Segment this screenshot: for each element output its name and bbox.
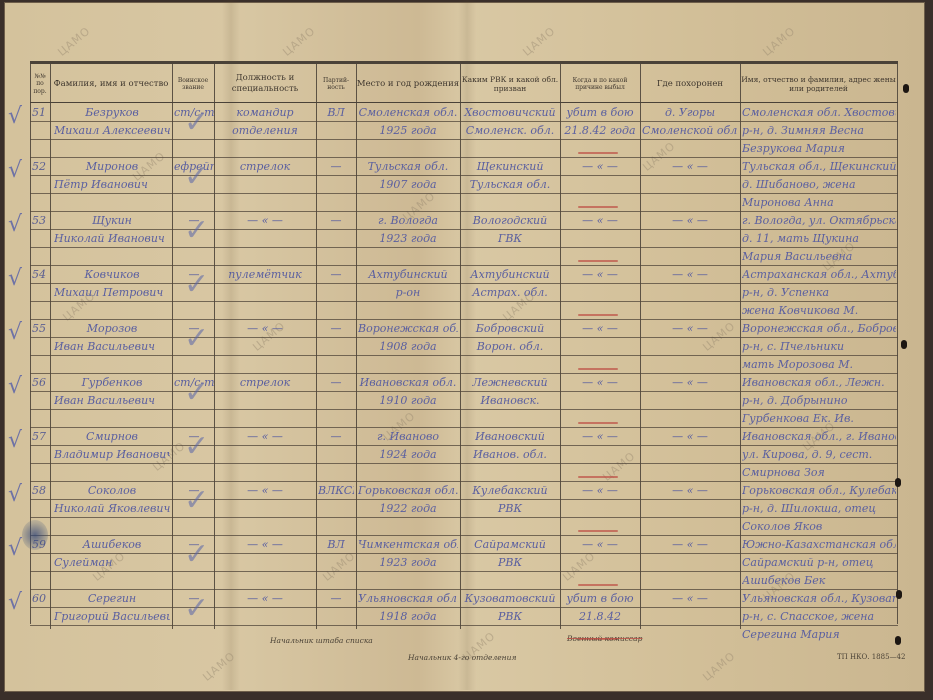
- party-2: [318, 284, 354, 301]
- surname: Соколов: [54, 482, 170, 499]
- record-number: 52: [32, 160, 46, 173]
- red-pen-mark: [578, 260, 618, 262]
- date: [562, 554, 638, 571]
- relatives-line1: Воронежская обл., Бобровский: [742, 320, 896, 337]
- header-name: Фамилия, имя и отчество: [50, 66, 172, 102]
- column-rule: [50, 64, 51, 629]
- position: — « —: [216, 536, 314, 553]
- record-number: 55: [32, 322, 46, 335]
- column-rule: [560, 64, 561, 629]
- check-mark-icon: √: [8, 106, 22, 128]
- record-number: 60: [32, 592, 46, 605]
- burial-place: — « —: [642, 428, 738, 445]
- specialty: [216, 500, 314, 517]
- red-pen-mark: [578, 314, 618, 316]
- draft-office: Кулебакский: [462, 482, 558, 499]
- check-mark-icon: √: [8, 322, 22, 344]
- column-rule: [740, 64, 741, 629]
- draft-office: Ивановский: [462, 428, 558, 445]
- record-number: 58: [32, 484, 46, 497]
- party-2: [318, 338, 354, 355]
- party-2: [318, 554, 354, 571]
- burial-place: — « —: [642, 482, 738, 499]
- specialty: [216, 554, 314, 571]
- birth-year: 1907 года: [358, 176, 458, 193]
- draft-region: Астрах. обл.: [462, 284, 558, 301]
- relatives-line1: Астраханская обл., Ахтуб.: [742, 266, 896, 283]
- burial-region: [642, 392, 738, 409]
- birth-year: 1923 года: [358, 554, 458, 571]
- party: —: [318, 374, 354, 391]
- given-names: Иван Васильевич: [54, 338, 170, 355]
- birth-place: Чимкентская обл.: [358, 536, 458, 553]
- relatives-line2: р-н, с. Пчельники: [742, 338, 896, 355]
- column-rule: [356, 64, 357, 629]
- header-when-why: Когда и по какой причине выбыл: [560, 66, 640, 102]
- draft-region: Ворон. обл.: [462, 338, 558, 355]
- burial-region: [642, 446, 738, 463]
- specialty: [216, 230, 314, 247]
- pencil-check-icon: ✓: [184, 594, 209, 624]
- specialty: [216, 446, 314, 463]
- column-rule: [316, 64, 317, 629]
- relatives-line3: Мария Васильевна: [742, 248, 896, 265]
- header-relatives: Имя, отчество и фамилия, адрес жены или …: [740, 66, 897, 102]
- position: — « —: [216, 482, 314, 499]
- date: 21.8.42: [562, 608, 638, 625]
- punch-hole: [903, 84, 909, 93]
- relatives-line3: Смирнова Зоя: [742, 464, 896, 481]
- birth-year: 1908 года: [358, 338, 458, 355]
- party: —: [318, 212, 354, 229]
- birth-place: г. Вологда: [358, 212, 458, 229]
- burial-place: — « —: [642, 212, 738, 229]
- relatives-line2: р-н, д. Добрынино: [742, 392, 896, 409]
- pencil-check-icon: ✓: [184, 486, 209, 516]
- surname: Щукин: [54, 212, 170, 229]
- footer-chief-of-staff: Начальник штаба списка: [270, 636, 373, 645]
- header-buried: Где похоронен: [640, 66, 740, 102]
- burial-region: [642, 284, 738, 301]
- birth-year: 1923 года: [358, 230, 458, 247]
- relatives-line3: Соколов Яков: [742, 518, 896, 535]
- surname: Смирнов: [54, 428, 170, 445]
- when-why: — « —: [562, 212, 638, 229]
- pencil-check-icon: ✓: [184, 432, 209, 462]
- burial-region: [642, 176, 738, 193]
- relatives-line3: Серегина Мария: [742, 626, 896, 643]
- birth-year: 1924 года: [358, 446, 458, 463]
- burial-place: — « —: [642, 158, 738, 175]
- position: командир: [216, 104, 314, 121]
- red-pen-mark: [578, 530, 618, 532]
- party-2: [318, 608, 354, 625]
- burial-place: — « —: [642, 320, 738, 337]
- burial-place: д. Угоры: [642, 104, 738, 121]
- party: —: [318, 590, 354, 607]
- relatives-line3: Миронова Анна: [742, 194, 896, 211]
- when-why: — « —: [562, 374, 638, 391]
- birth-place: Ивановская обл.: [358, 374, 458, 391]
- footer-commissar: Военный комиссар: [567, 634, 642, 643]
- pencil-check-icon: ✓: [184, 324, 209, 354]
- pencil-check-icon: ✓: [184, 216, 209, 246]
- relatives-line3: Ашибеков Бек: [742, 572, 896, 589]
- relatives-line1: Ивановская обл., г. Иваново: [742, 428, 896, 445]
- when-why: — « —: [562, 428, 638, 445]
- date: [562, 176, 638, 193]
- surname: Серегин: [54, 590, 170, 607]
- check-mark-icon: √: [8, 430, 22, 452]
- date: [562, 284, 638, 301]
- when-why: убит в бою: [562, 590, 638, 607]
- header-position: Должность и специальность: [214, 66, 316, 102]
- check-mark-icon: √: [8, 538, 22, 560]
- specialty: [216, 176, 314, 193]
- relatives-line2: р-н, д. Зимняя Весна: [742, 122, 896, 139]
- check-mark-icon: √: [8, 160, 22, 182]
- date: [562, 230, 638, 247]
- surname: Гурбенков: [54, 374, 170, 391]
- date: [562, 446, 638, 463]
- position: — « —: [216, 320, 314, 337]
- punch-hole: [895, 478, 901, 487]
- birth-year: 1918 года: [358, 608, 458, 625]
- party: ВЛ: [318, 104, 354, 121]
- when-why: — « —: [562, 536, 638, 553]
- red-pen-mark: [578, 152, 618, 154]
- record-number: 53: [32, 214, 46, 227]
- party-2: [318, 122, 354, 139]
- relatives-line1: Южно-Казахстанская обл.,: [742, 536, 896, 553]
- specialty: [216, 608, 314, 625]
- birth-year: р-он: [358, 284, 458, 301]
- relatives-line2: Сайрамский р-н, отец: [742, 554, 896, 571]
- when-why: — « —: [562, 266, 638, 283]
- given-names: Владимир Иванович: [54, 446, 170, 463]
- footer-chief-4th-dept: Начальник 4-го отделения: [408, 653, 516, 662]
- date: 21.8.42 года: [562, 122, 638, 139]
- party: —: [318, 158, 354, 175]
- record-number: 57: [32, 430, 46, 443]
- party-2: [318, 176, 354, 193]
- red-pen-mark: [578, 476, 618, 478]
- draft-office: Сайрамский: [462, 536, 558, 553]
- pencil-check-icon: ✓: [184, 270, 209, 300]
- relatives-line1: Горьковская обл., Кулебак.: [742, 482, 896, 499]
- header-party: Партий-ность: [316, 66, 356, 102]
- pencil-check-icon: ✓: [184, 108, 209, 138]
- burial-region: Смоленской обл.: [642, 122, 738, 139]
- punch-hole: [895, 636, 901, 645]
- party-2: [318, 446, 354, 463]
- given-names: Николай Иванович: [54, 230, 170, 247]
- date: [562, 500, 638, 517]
- column-rule: [897, 64, 898, 624]
- record-number: 51: [32, 106, 46, 119]
- form-code: ТП НКО. 1885—42: [837, 653, 905, 661]
- party: ВЛ: [318, 536, 354, 553]
- red-pen-mark: [578, 206, 618, 208]
- check-mark-icon: √: [8, 268, 22, 290]
- draft-region: ГВК: [462, 230, 558, 247]
- ink-stain: [22, 520, 48, 550]
- when-why: убит в бою: [562, 104, 638, 121]
- specialty: отделения: [216, 122, 314, 139]
- check-mark-icon: √: [8, 214, 22, 236]
- column-rule: [214, 64, 215, 629]
- relatives-line3: мать Морозова М.: [742, 356, 896, 373]
- given-names: Иван Васильевич: [54, 392, 170, 409]
- header-drafted: Каким РВК и какой обл. призван: [460, 66, 560, 102]
- party-2: [318, 392, 354, 409]
- burial-region: [642, 338, 738, 355]
- burial-region: [642, 554, 738, 571]
- relatives-line2: д. Шибаново, жена: [742, 176, 896, 193]
- birth-place: Смоленская обл.: [358, 104, 458, 121]
- column-rule: [640, 64, 641, 629]
- check-mark-icon: √: [8, 484, 22, 506]
- position: стрелок: [216, 158, 314, 175]
- burial-region: [642, 230, 738, 247]
- draft-office: Вологодский: [462, 212, 558, 229]
- relatives-line3: Гурбенкова Ек. Ив.: [742, 410, 896, 427]
- birth-year: 1922 года: [358, 500, 458, 517]
- red-pen-mark: [578, 368, 618, 370]
- given-names: Михаил Петрович: [54, 284, 170, 301]
- check-mark-icon: √: [8, 592, 22, 614]
- relatives-line1: г. Вологда, ул. Октябрьская: [742, 212, 896, 229]
- specialty: [216, 392, 314, 409]
- burial-region: [642, 500, 738, 517]
- relatives-line3: Безрукова Мария: [742, 140, 896, 157]
- relatives-line1: Ивановская обл., Лежн.: [742, 374, 896, 391]
- header-rank: Воинское звание: [172, 66, 214, 102]
- position: — « —: [216, 212, 314, 229]
- birth-place: Горьковская обл.: [358, 482, 458, 499]
- given-names: Пётр Иванович: [54, 176, 170, 193]
- surname: Безруков: [54, 104, 170, 121]
- header-birth: Место и год рождения: [356, 66, 460, 102]
- table-top-rule: [30, 61, 898, 64]
- birth-place: Ахтубинский: [358, 266, 458, 283]
- when-why: — « —: [562, 320, 638, 337]
- relatives-line2: р-н, д. Успенка: [742, 284, 896, 301]
- date: [562, 392, 638, 409]
- punch-hole: [896, 590, 902, 599]
- birth-place: г. Иваново: [358, 428, 458, 445]
- birth-place: Тульская обл.: [358, 158, 458, 175]
- draft-office: Ахтубинский: [462, 266, 558, 283]
- birth-year: 1910 года: [358, 392, 458, 409]
- specialty: [216, 338, 314, 355]
- record-number: 54: [32, 268, 46, 281]
- draft-region: Иванов. обл.: [462, 446, 558, 463]
- when-why: — « —: [562, 158, 638, 175]
- burial-place: — « —: [642, 374, 738, 391]
- birth-place: Воронежская обл.: [358, 320, 458, 337]
- surname: Ашибеков: [54, 536, 170, 553]
- red-pen-mark: [578, 584, 618, 586]
- burial-place: — « —: [642, 590, 738, 607]
- header-num: №№ по пор.: [30, 66, 50, 102]
- surname: Миронов: [54, 158, 170, 175]
- position: стрелок: [216, 374, 314, 391]
- relatives-line1: Ульяновская обл., Кузоват.: [742, 590, 896, 607]
- given-names: Николай Яковлевич: [54, 500, 170, 517]
- pencil-check-icon: ✓: [184, 162, 209, 192]
- pencil-check-icon: ✓: [184, 540, 209, 570]
- draft-region: Тульская обл.: [462, 176, 558, 193]
- party: —: [318, 266, 354, 283]
- red-pen-mark: [578, 422, 618, 424]
- draft-region: Смоленск. обл.: [462, 122, 558, 139]
- given-names: Сулейман: [54, 554, 170, 571]
- given-names: Григорий Васильевич: [54, 608, 170, 625]
- check-mark-icon: √: [8, 376, 22, 398]
- position: — « —: [216, 428, 314, 445]
- draft-region: РВК: [462, 554, 558, 571]
- draft-office: Щекинский: [462, 158, 558, 175]
- column-rule: [460, 64, 461, 629]
- party: —: [318, 320, 354, 337]
- relatives-line1: Смоленская обл. Хвостовичский: [742, 104, 896, 121]
- when-why: — « —: [562, 482, 638, 499]
- relatives-line2: р-н, д. Шилокша, отец: [742, 500, 896, 517]
- draft-region: РВК: [462, 500, 558, 517]
- surname: Морозов: [54, 320, 170, 337]
- birth-year: 1925 года: [358, 122, 458, 139]
- relatives-line2: р-н, с. Спасское, жена: [742, 608, 896, 625]
- record-number: 56: [32, 376, 46, 389]
- header-rule: [30, 102, 898, 103]
- party: ВЛКСМ: [318, 482, 354, 499]
- given-names: Михаил Алексеевич: [54, 122, 170, 139]
- column-rule: [172, 64, 173, 629]
- draft-office: Кузоватовский: [462, 590, 558, 607]
- relatives-line1: Тульская обл., Щекинский р-н: [742, 158, 896, 175]
- date: [562, 338, 638, 355]
- burial-region: [642, 608, 738, 625]
- position: — « —: [216, 590, 314, 607]
- draft-region: РВК: [462, 608, 558, 625]
- burial-place: — « —: [642, 536, 738, 553]
- relatives-line2: д. 11, мать Щукина: [742, 230, 896, 247]
- draft-region: Ивановск.: [462, 392, 558, 409]
- party: —: [318, 428, 354, 445]
- specialty: [216, 284, 314, 301]
- party-2: [318, 230, 354, 247]
- surname: Ковчиков: [54, 266, 170, 283]
- relatives-line2: ул. Кирова, д. 9, сест.: [742, 446, 896, 463]
- punch-hole: [901, 340, 907, 349]
- party-2: [318, 500, 354, 517]
- pencil-check-icon: ✓: [184, 378, 209, 408]
- burial-place: — « —: [642, 266, 738, 283]
- relatives-line3: жена Ковчикова М.: [742, 302, 896, 319]
- draft-office: Хвостовичский: [462, 104, 558, 121]
- birth-place: Ульяновская обл.: [358, 590, 458, 607]
- position: пулемётчик: [216, 266, 314, 283]
- draft-office: Лежневский: [462, 374, 558, 391]
- draft-office: Бобровский: [462, 320, 558, 337]
